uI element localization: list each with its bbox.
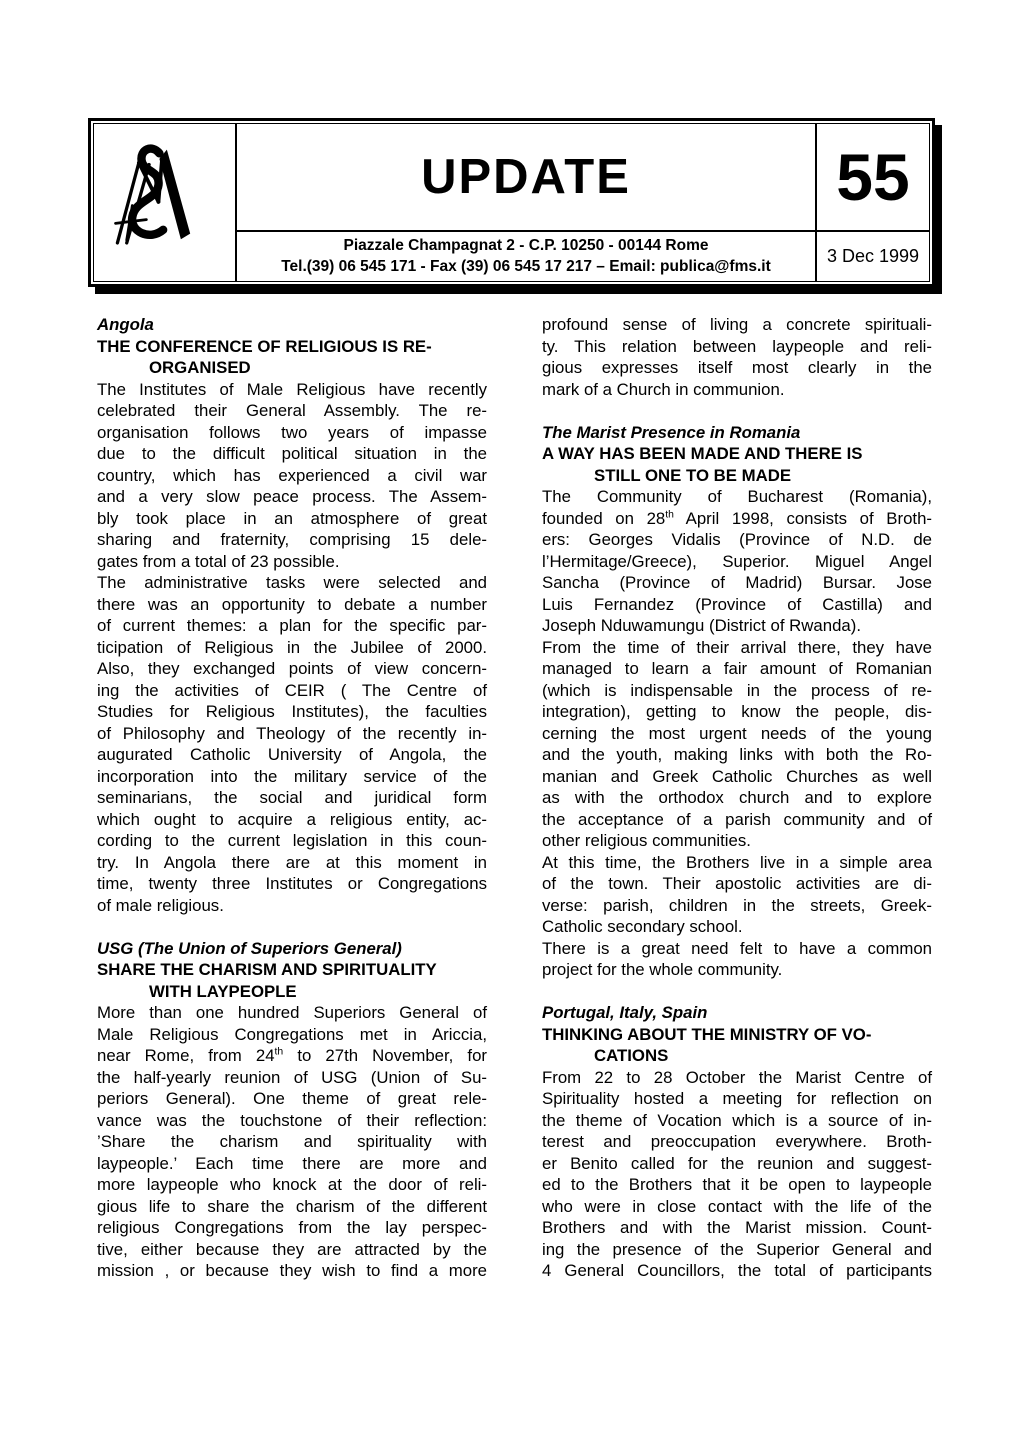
section-heading-line: WITH LAYPEOPLE bbox=[97, 981, 487, 1003]
paragraph-line: country, which has experienced a civil w… bbox=[97, 465, 487, 487]
paragraph-line: seminarians, the social and juridical fo… bbox=[97, 787, 487, 809]
paragraph-line: of the town. Their apostolic activities … bbox=[542, 873, 932, 895]
paragraph-line: ty. This relation between laypeople and … bbox=[542, 336, 932, 358]
newsletter-title: UPDATE bbox=[236, 123, 816, 231]
address-line-2: Tel.(39) 06 545 171 - Fax (39) 06 545 17… bbox=[281, 257, 771, 277]
paragraph-line: founded on 28th April 1998, consists of … bbox=[542, 508, 932, 530]
paragraph-line: ticipation of Religious in the Jubilee o… bbox=[97, 637, 487, 659]
paragraph-line: bly took place in an atmosphere of great bbox=[97, 508, 487, 530]
blank-line bbox=[97, 916, 487, 938]
section-heading-country: Portugal, Italy, Spain bbox=[542, 1002, 932, 1024]
paragraph-line: verse: parish, children in the streets, … bbox=[542, 895, 932, 917]
paragraph-line: terest and preoccupation everywhere. Bro… bbox=[542, 1131, 932, 1153]
paragraph-line: Also, they exchanged points of view conc… bbox=[97, 658, 487, 680]
paragraph-line: as with the orthodox church and to explo… bbox=[542, 787, 932, 809]
paragraph-line: profound sense of living a concrete spir… bbox=[542, 314, 932, 336]
paragraph-line: incorporation into the military service … bbox=[97, 766, 487, 788]
issue-number: 55 bbox=[816, 123, 930, 231]
section-heading-line: STILL ONE TO BE MADE bbox=[542, 465, 932, 487]
paragraph-line: gious expresses itself most clearly in t… bbox=[542, 357, 932, 379]
section-heading-country: The Marist Presence in Romania bbox=[542, 422, 932, 444]
blank-line bbox=[542, 981, 932, 1003]
paragraph-line: there was an opportunity to debate a num… bbox=[97, 594, 487, 616]
paragraph-line: integration), getting to know the people… bbox=[542, 701, 932, 723]
section-heading-country: Angola bbox=[97, 314, 487, 336]
section-heading-line: CATIONS bbox=[542, 1045, 932, 1067]
paragraph-line: The Community of Bucharest (Romania), bbox=[542, 486, 932, 508]
paragraph-line: ’Share the charism and spirituality with bbox=[97, 1131, 487, 1153]
paragraph-line: manian and Greek Catholic Churches as we… bbox=[542, 766, 932, 788]
paragraph-line: periors General). One theme of great rel… bbox=[97, 1088, 487, 1110]
paragraph-line: which ought to acquire a religious entit… bbox=[97, 809, 487, 831]
paragraph-line: Joseph Nduwamungu (District of Rwanda). bbox=[542, 615, 932, 637]
paragraph-line: Male Religious Congregations met in Aric… bbox=[97, 1024, 487, 1046]
paragraph-line: cording to the current legislation in th… bbox=[97, 830, 487, 852]
paragraph-line: Luis Fernandez (Province of Castilla) an… bbox=[542, 594, 932, 616]
paragraph-line: ing the activities of CEIR ( The Centre … bbox=[97, 680, 487, 702]
section-heading-line: A WAY HAS BEEN MADE AND THERE IS bbox=[542, 443, 932, 465]
paragraph-line: Spirituality hosted a meeting for reflec… bbox=[542, 1088, 932, 1110]
paragraph-line: There is a great need felt to have a com… bbox=[542, 938, 932, 960]
paragraph-line: tive, either because they are attracted … bbox=[97, 1239, 487, 1261]
paragraph-line: mark of a Church in communion. bbox=[542, 379, 932, 401]
section-heading-line: SHARE THE CHARISM AND SPIRITUALITY bbox=[97, 959, 487, 981]
paragraph-line: Sancha (Province of Madrid) Bursar. Jose bbox=[542, 572, 932, 594]
blank-line bbox=[542, 400, 932, 422]
paragraph-line: the half-yearly reunion of USG (Union of… bbox=[97, 1067, 487, 1089]
issue-number-text: 55 bbox=[836, 144, 909, 210]
paragraph-line: who were in close contact with the life … bbox=[542, 1196, 932, 1218]
body-columns: AngolaTHE CONFERENCE OF RELIGIOUS IS RE-… bbox=[97, 314, 932, 1282]
paragraph-line: and the youth, making links with both th… bbox=[542, 744, 932, 766]
logo-cell bbox=[93, 123, 236, 282]
paragraph-line: gates from a total of 23 possible. bbox=[97, 551, 487, 573]
section-heading-country: USG (The Union of Superiors General) bbox=[97, 938, 487, 960]
paragraph-line: l’Hermitage/Greece), Superior. Miguel An… bbox=[542, 551, 932, 573]
paragraph-line: the theme of Vocation which is a source … bbox=[542, 1110, 932, 1132]
paragraph-line: From the time of their arrival there, th… bbox=[542, 637, 932, 659]
paragraph-line: other religious communities. bbox=[542, 830, 932, 852]
paragraph-line: time, twenty three Institutes or Congreg… bbox=[97, 873, 487, 895]
section-heading-line: THINKING ABOUT THE MINISTRY OF VO- bbox=[542, 1024, 932, 1046]
paragraph-line: gious life to share the charism of the d… bbox=[97, 1196, 487, 1218]
paragraph-line: of Philosophy and Theology of the recent… bbox=[97, 723, 487, 745]
right-column: profound sense of living a concrete spir… bbox=[542, 314, 932, 1282]
paragraph-line: organisation follows two years of impass… bbox=[97, 422, 487, 444]
paragraph-line: vance was the touchstone of their reflec… bbox=[97, 1110, 487, 1132]
section-heading-line: ORGANISED bbox=[97, 357, 487, 379]
paragraph-line: cerning the most urgent needs of the you… bbox=[542, 723, 932, 745]
paragraph-line: er Benito called for the reunion and sug… bbox=[542, 1153, 932, 1175]
left-column: AngolaTHE CONFERENCE OF RELIGIOUS IS RE-… bbox=[97, 314, 487, 1282]
address-line-1: Piazzale Champagnat 2 - C.P. 10250 - 001… bbox=[344, 236, 709, 256]
paragraph-line: ers: Georges Vidalis (Province of N.D. d… bbox=[542, 529, 932, 551]
issue-date: 3 Dec 1999 bbox=[816, 231, 930, 282]
paragraph-line: of current themes: a plan for the specif… bbox=[97, 615, 487, 637]
paragraph-line: the acceptance of a parish community and… bbox=[542, 809, 932, 831]
paragraph-line: sharing and fraternity, comprising 15 de… bbox=[97, 529, 487, 551]
paragraph-line: Studies for Religious Institutes), the f… bbox=[97, 701, 487, 723]
paragraph-line: Catholic secondary school. bbox=[542, 916, 932, 938]
paragraph-line: of male religious. bbox=[97, 895, 487, 917]
paragraph-line: From 22 to 28 October the Marist Centre … bbox=[542, 1067, 932, 1089]
paragraph-line: At this time, the Brothers live in a sim… bbox=[542, 852, 932, 874]
marist-monogram-logo-icon bbox=[109, 134, 221, 271]
title-text: UPDATE bbox=[421, 149, 631, 205]
paragraph-line: laypeople.’ Each time there are more and bbox=[97, 1153, 487, 1175]
section-heading-line: THE CONFERENCE OF RELIGIOUS IS RE- bbox=[97, 336, 487, 358]
paragraph-line: (which is indispensable in the process o… bbox=[542, 680, 932, 702]
paragraph-line: ing the presence of the Superior General… bbox=[542, 1239, 932, 1261]
masthead-box: UPDATE 55 Piazzale Champagnat 2 - C.P. 1… bbox=[88, 118, 935, 287]
issue-date-text: 3 Dec 1999 bbox=[827, 246, 919, 267]
paragraph-line: Brothers and with the Marist mission. Co… bbox=[542, 1217, 932, 1239]
paragraph-line: religious Congregations from the lay per… bbox=[97, 1217, 487, 1239]
newsletter-page: UPDATE 55 Piazzale Champagnat 2 - C.P. 1… bbox=[0, 0, 1020, 1443]
paragraph-line: try. In Angola there are at this moment … bbox=[97, 852, 487, 874]
paragraph-line: 4 General Councillors, the total of part… bbox=[542, 1260, 932, 1282]
paragraph-line: more laypeople who knock at the door of … bbox=[97, 1174, 487, 1196]
paragraph-line: near Rome, from 24th to 27th November, f… bbox=[97, 1045, 487, 1067]
paragraph-line: augurated Catholic University of Angola,… bbox=[97, 744, 487, 766]
masthead-grid: UPDATE 55 Piazzale Champagnat 2 - C.P. 1… bbox=[93, 123, 930, 282]
paragraph-line: ed to the Brothers that it be open to la… bbox=[542, 1174, 932, 1196]
paragraph-line: celebrated their General Assembly. The r… bbox=[97, 400, 487, 422]
paragraph-line: project for the whole community. bbox=[542, 959, 932, 981]
paragraph-line: managed to learn a fair amount of Romani… bbox=[542, 658, 932, 680]
address-block: Piazzale Champagnat 2 - C.P. 10250 - 001… bbox=[236, 231, 816, 282]
paragraph-line: The administrative tasks were selected a… bbox=[97, 572, 487, 594]
paragraph-line: due to the difficult political situation… bbox=[97, 443, 487, 465]
paragraph-line: and a very slow peace process. The Assem… bbox=[97, 486, 487, 508]
paragraph-line: mission , or because they wish to find a… bbox=[97, 1260, 487, 1282]
paragraph-line: More than one hundred Superiors General … bbox=[97, 1002, 487, 1024]
paragraph-line: The Institutes of Male Religious have re… bbox=[97, 379, 487, 401]
